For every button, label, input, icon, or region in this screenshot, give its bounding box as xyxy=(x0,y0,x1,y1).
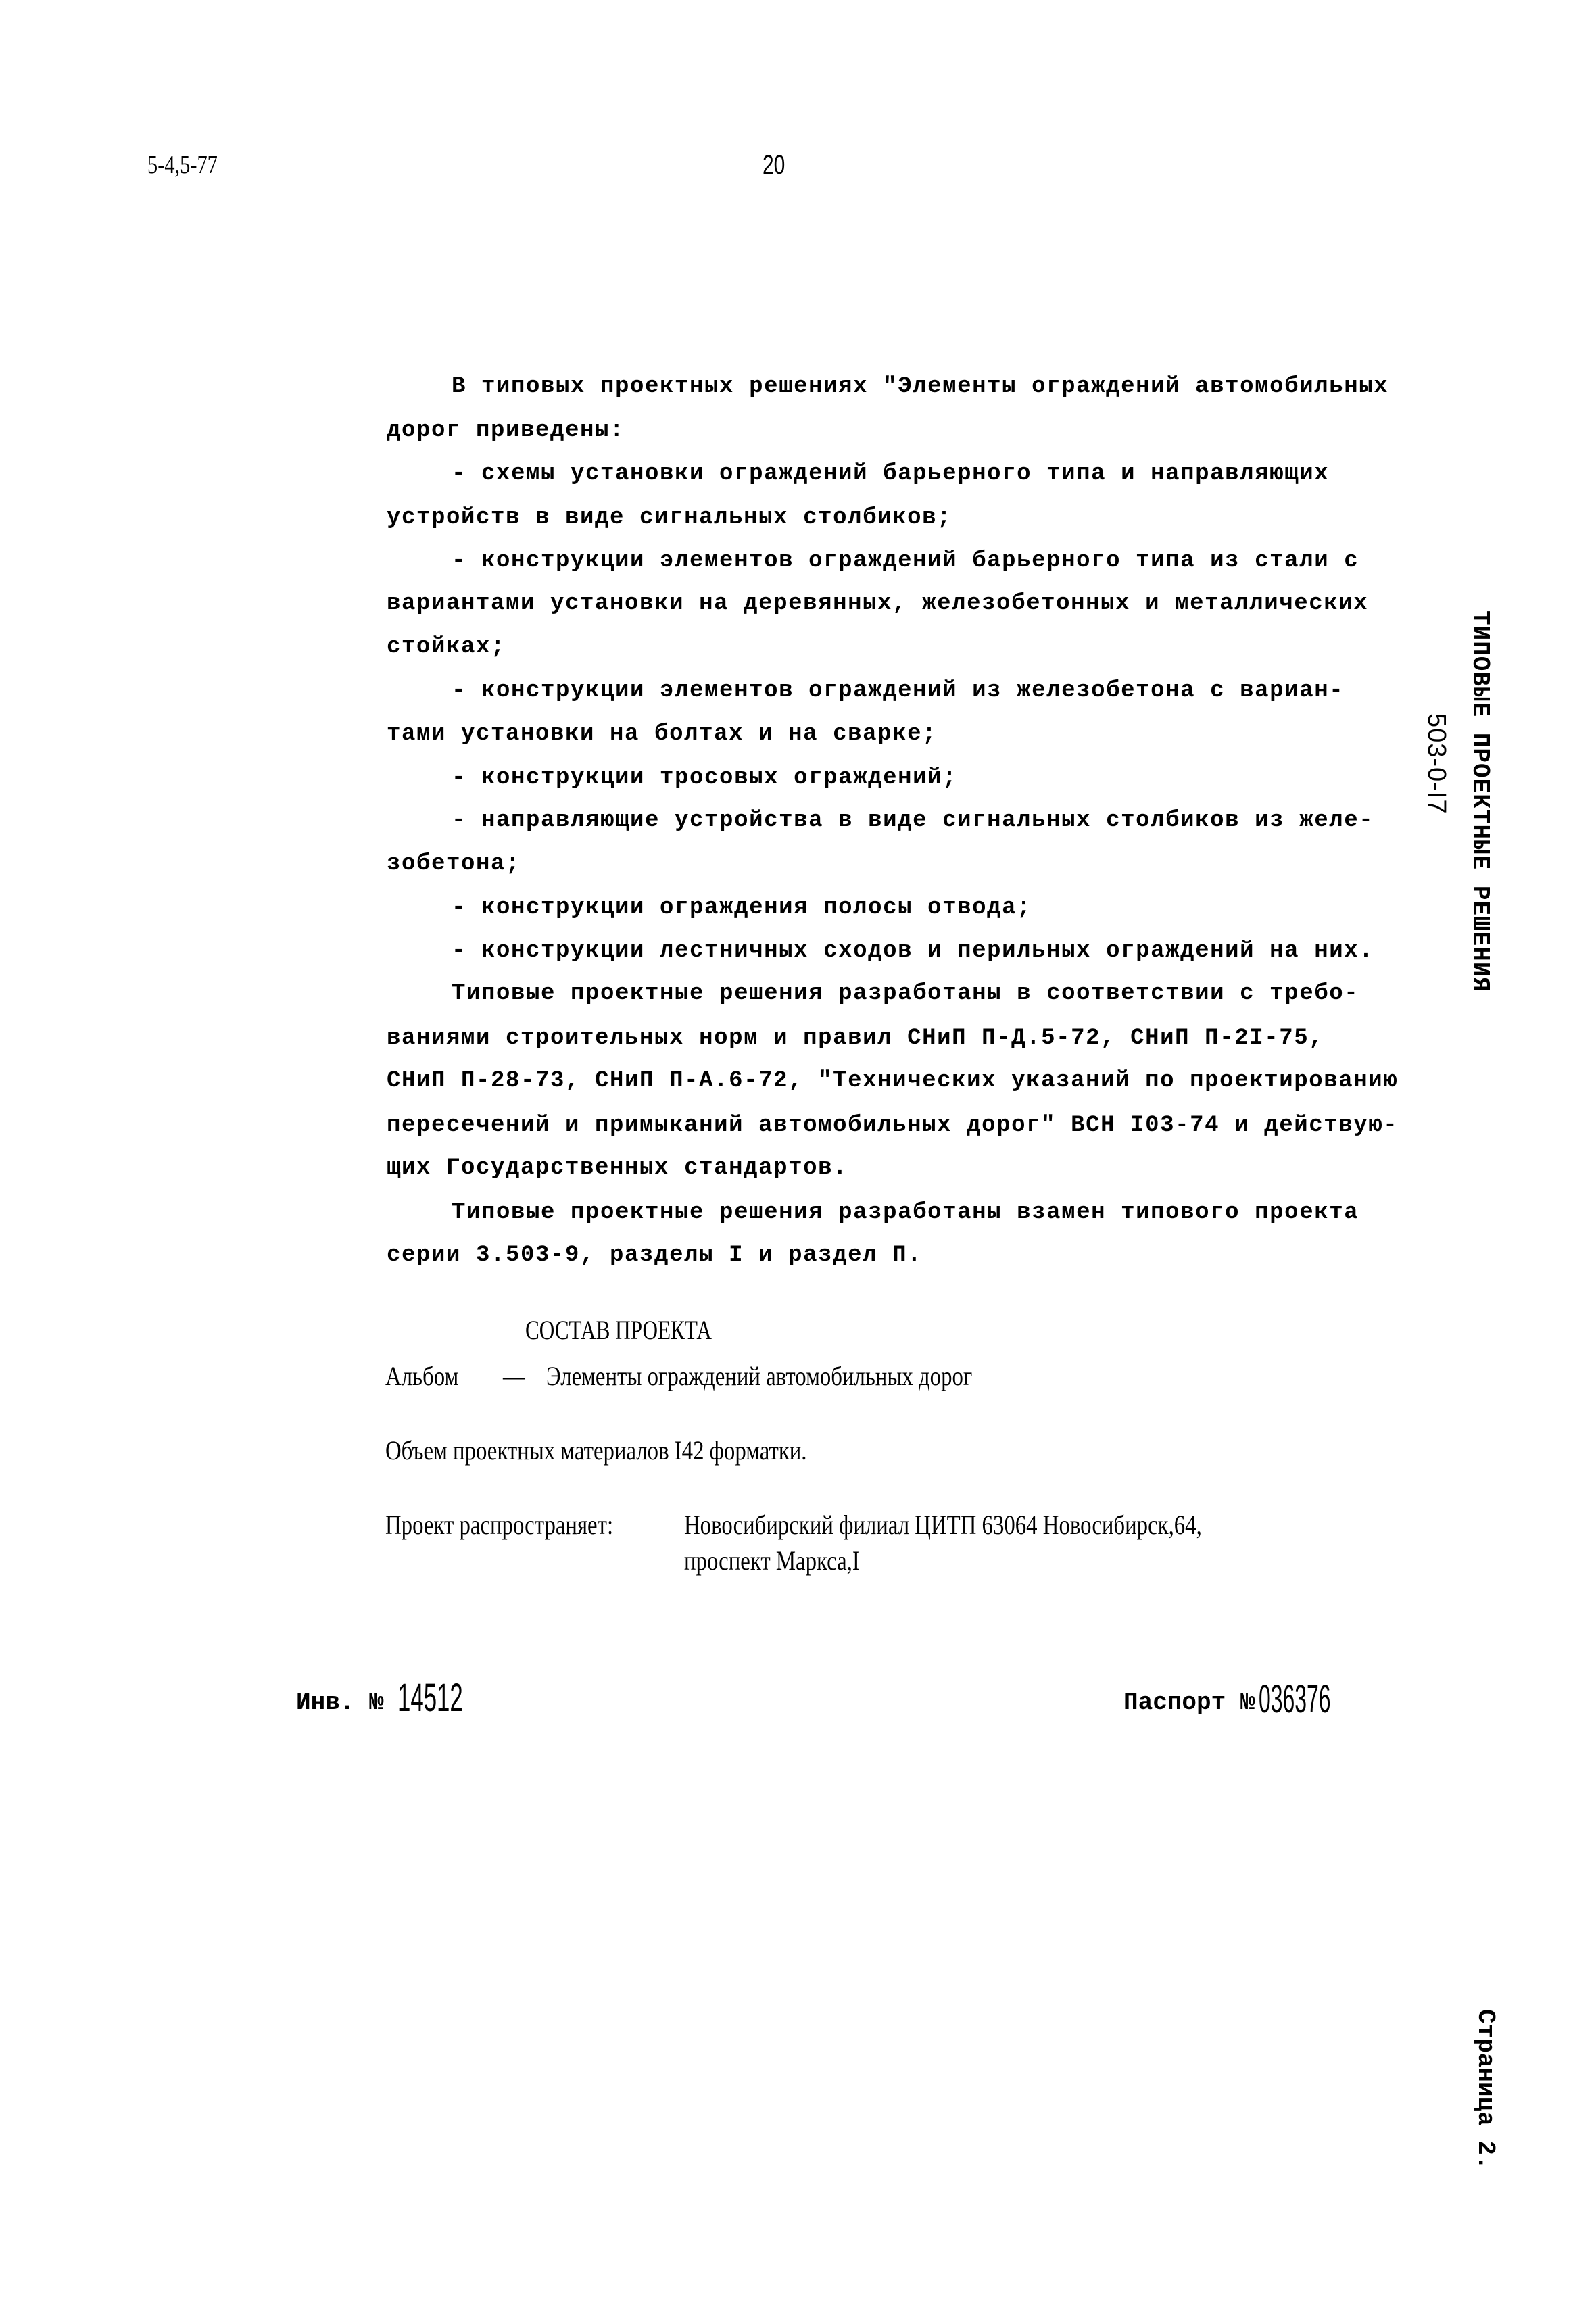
text-line: серии 3.503-9, разделы I и раздел П. xyxy=(387,1234,922,1277)
list-item: - конструкции лестничных сходов и периль… xyxy=(452,930,1374,973)
distributor-line-1: Новосибирский филиал ЦИТП 63064 Новосиби… xyxy=(684,1509,1202,1541)
album-title: Элементы ограждений автомобильных дорог xyxy=(546,1360,972,1392)
passport-label: Паспорт № xyxy=(1123,1689,1255,1716)
list-item: - конструкции ограждения полосы отвода; xyxy=(452,886,1032,930)
list-item: - конструкции элементов ограждений барье… xyxy=(452,539,1359,583)
list-item: - конструкции элементов ограждений из же… xyxy=(452,669,1344,713)
volume-text: Объем проектных материалов I42 форматки. xyxy=(385,1434,807,1466)
distributor-label: Проект распространяет: xyxy=(385,1509,613,1541)
text-line: вариантами установки на деревянных, желе… xyxy=(387,582,1368,625)
list-item: - направляющие устройства в виде сигналь… xyxy=(452,799,1374,842)
passport-number: 036376 xyxy=(1259,1676,1330,1722)
distributor-line-2: проспект Маркса,I xyxy=(684,1545,860,1576)
list-item: - конструкции тросовых ограждений; xyxy=(452,756,957,800)
side-series-number: 503-0-I7 xyxy=(1422,713,1451,815)
text-line: щих Государственных стандартов. xyxy=(387,1147,848,1190)
text-line: зобетона; xyxy=(387,842,521,886)
section-title: СОСТАВ ПРОЕКТА xyxy=(525,1314,712,1346)
text-line: тами установки на болтах и на сварке; xyxy=(387,713,937,756)
album-dash: — xyxy=(503,1360,525,1392)
list-item: - схемы установки ограждений барьерного … xyxy=(452,452,1329,496)
text-line: дорог приведены: xyxy=(387,409,625,452)
text-line: пересечений и примыканий автомобильных д… xyxy=(387,1104,1398,1147)
text-line: В типовых проектных решениях "Элементы о… xyxy=(452,365,1388,408)
text-line: стойках; xyxy=(387,625,506,669)
text-line: ваниями строительных норм и правил СНиП … xyxy=(387,1017,1324,1060)
album-label: Альбом xyxy=(385,1360,458,1392)
document-code: 5-4,5-77 xyxy=(147,150,218,180)
side-series-title: ТИПОВЫЕ ПРОЕКТНЫЕ РЕШЕНИЯ xyxy=(1466,610,1494,992)
page-number: 20 xyxy=(763,150,785,180)
inventory-label: Инв. № xyxy=(296,1689,384,1716)
text-line: Типовые проектные решения разработаны вз… xyxy=(452,1191,1359,1234)
text-line: СНиП П-28-73, СНиП П-А.6-72, "Технически… xyxy=(387,1059,1398,1103)
text-line: устройств в виде сигнальных столбиков; xyxy=(387,496,952,539)
text-line: Типовые проектные решения разработаны в … xyxy=(452,972,1359,1015)
side-page-label: Страница 2. xyxy=(1472,2009,1499,2170)
inventory-number: 14512 xyxy=(397,1675,463,1720)
